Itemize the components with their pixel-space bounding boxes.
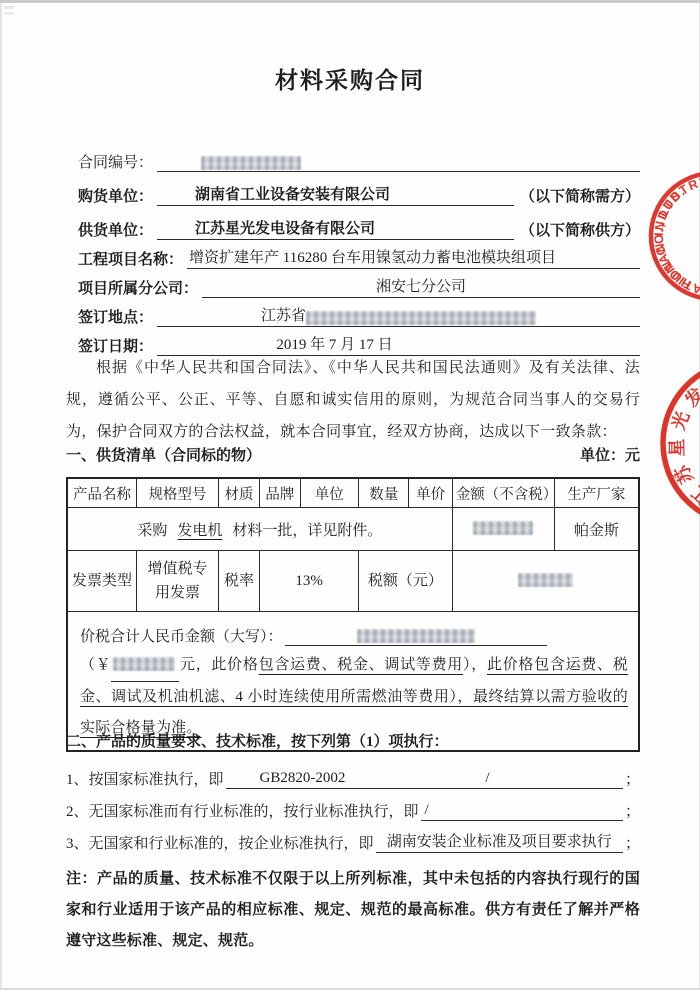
col-amount-excl-tax: 金额（不含税） bbox=[452, 478, 554, 508]
project-name: 增资扩建年产 116280 台车用镍氢动力蓄电池模块组项目 bbox=[189, 246, 556, 267]
contract-page: 材料采购合同 合同编号： 购货单位： 湖南省工业设备安装有限公司 （以下简称需方… bbox=[0, 0, 700, 990]
field-label: 购货单位： bbox=[78, 185, 157, 206]
supplier-name: 江苏星光发电设备有限公司 bbox=[195, 217, 375, 238]
col-spec-model: 规格型号 bbox=[137, 478, 219, 508]
svg-text:HUNAN INDUSTRIAL EQUIPMENT INS: HUNAN INDUSTRIAL EQUIPMENT INSTALLATION … bbox=[652, 174, 700, 298]
field-project-name: 工程项目名称： 增资扩建年产 116280 台车用镍氢动力蓄电池模块组项目 bbox=[78, 242, 640, 271]
buyer-stamp-ring-text: HUNAN INDUSTRIAL EQUIPMENT INSTALLATION … bbox=[652, 174, 700, 298]
scan-artifact bbox=[4, 6, 14, 20]
tax-amount-value bbox=[452, 551, 639, 612]
buyer-name: 湖南省工业设备安装有限公司 bbox=[195, 183, 390, 204]
buyer-alias: （以下简称需方） bbox=[514, 185, 640, 206]
section1-heading-row: 一、供货清单（合同标的物） 单位：元 bbox=[66, 444, 640, 465]
field-label: 工程项目名称： bbox=[78, 248, 187, 269]
redacted-contract-number bbox=[201, 156, 301, 170]
field-label: 合同编号： bbox=[78, 151, 157, 172]
field-supplier: 供货单位： 江苏星光发电设备有限公司 （以下简称供方） bbox=[78, 208, 640, 242]
tax-rate-label: 税率 bbox=[218, 551, 259, 612]
standard-item-1: 1、按国家标准执行，即 GB2820-2002/ ； bbox=[66, 760, 640, 792]
table-header-row: 产品名称 规格型号 材质 品牌 单位 数量 单价 金额（不含税） 生产厂家 bbox=[67, 478, 639, 508]
field-buyer: 购货单位： 湖南省工业设备安装有限公司 （以下简称需方） bbox=[78, 174, 640, 208]
item-amount bbox=[452, 508, 554, 551]
total-in-words-line: 价税合计人民币金额（大写）： bbox=[80, 620, 628, 646]
col-quantity: 数量 bbox=[359, 478, 409, 508]
supplier-stamp-ring-text: 江苏星光发电设备有限公司 bbox=[667, 364, 700, 509]
redacted-amount bbox=[473, 521, 533, 535]
section1-heading: 一、供货清单（合同标的物） bbox=[66, 444, 261, 465]
supplier-company-stamp: 江苏星光发电设备有限公司 31 bbox=[645, 343, 700, 543]
col-brand: 品牌 bbox=[260, 478, 300, 508]
invoice-type-value: 增值税专用发票 bbox=[137, 551, 219, 612]
redacted-tax-amount bbox=[518, 573, 573, 587]
standard-item-3: 3、无国家和行业标准的，按企业标准执行，即 湖南安装企业标准及项目要求执行 ； bbox=[66, 824, 640, 856]
item-product: 发电机 bbox=[167, 523, 232, 539]
total-in-words-label: 价税合计人民币金额（大写）： bbox=[80, 625, 283, 646]
svg-text:江苏星光发电设备有限公司: 江苏星光发电设备有限公司 bbox=[667, 364, 700, 509]
col-unit-price: 单价 bbox=[409, 478, 452, 508]
field-label: 供货单位： bbox=[78, 219, 157, 240]
redacted-total-in-words bbox=[357, 629, 475, 643]
unit-note: 单位：元 bbox=[580, 444, 640, 465]
supplier-stamp-serial: 31 bbox=[667, 472, 679, 484]
item-manufacturer: 帕金斯 bbox=[554, 508, 639, 551]
field-sign-place: 签订地点： 江苏省 bbox=[78, 300, 640, 329]
sign-date: 2019 年 7 月 17 日 bbox=[276, 333, 392, 354]
item-description: 采购发电机材料一批，详见附件。 bbox=[67, 508, 452, 551]
header-fields: 合同编号： 购货单位： 湖南省工业设备安装有限公司 （以下简称需方） 供货单位：… bbox=[78, 140, 640, 358]
field-branch: 项目所属分公司： 湘安七分公司 bbox=[78, 271, 640, 300]
national-standard-value: GB2820-2002 bbox=[260, 770, 346, 787]
supply-list-table: 产品名称 规格型号 材质 品牌 单位 数量 单价 金额（不含税） 生产厂家 采购… bbox=[66, 477, 640, 752]
field-contract-number: 合同编号： bbox=[78, 140, 640, 174]
col-manufacturer: 生产厂家 bbox=[554, 478, 639, 508]
redacted-total-figure bbox=[113, 657, 175, 671]
field-label: 签订地点： bbox=[78, 306, 157, 327]
item-row: 采购发电机材料一批，详见附件。 帕金斯 bbox=[67, 508, 639, 551]
col-unit: 单位 bbox=[300, 478, 359, 508]
section2-heading: 二、产品的质量要求、技术标准，按下列第（1）项执行： bbox=[66, 730, 640, 760]
section2: 二、产品的质量要求、技术标准，按下列第（1）项执行： 1、按国家标准执行，即 G… bbox=[66, 730, 640, 957]
tax-amount-label: 税额（元） bbox=[359, 551, 453, 612]
buyer-company-stamp: HUNAN INDUSTRIAL EQUIPMENT INSTALLATION … bbox=[639, 161, 700, 311]
branch-name: 湘安七分公司 bbox=[376, 275, 466, 296]
tax-rate-value: 13% bbox=[260, 551, 359, 612]
redacted-sign-place bbox=[306, 311, 536, 325]
supplier-alias: （以下简称供方） bbox=[514, 219, 640, 240]
industry-standard-value: / bbox=[425, 802, 429, 819]
enterprise-standard-value: 湖南安装企业标准及项目要求执行 bbox=[387, 830, 612, 851]
sign-place: 江苏省 bbox=[261, 304, 306, 325]
quality-note: 注：产品的质量、技术标准不仅限于以上所列标准，其中未包括的内容执行现行的国家和行… bbox=[66, 864, 640, 957]
col-product-name: 产品名称 bbox=[67, 478, 137, 508]
preamble-paragraph: 根据《中华人民共和国合同法》、《中华人民共和国民法通则》及有关法律、法规，遵循公… bbox=[66, 352, 640, 448]
invoice-row: 发票类型 增值税专用发票 税率 13% 税额（元） bbox=[67, 551, 639, 612]
col-material: 材质 bbox=[218, 478, 259, 508]
field-label: 项目所属分公司： bbox=[78, 277, 202, 298]
invoice-type-label: 发票类型 bbox=[67, 551, 137, 612]
page-title: 材料采购合同 bbox=[0, 62, 700, 95]
standard-item-2: 2、无国家标准而有行业标准的，按行业标准执行，即 / ； bbox=[66, 792, 640, 824]
